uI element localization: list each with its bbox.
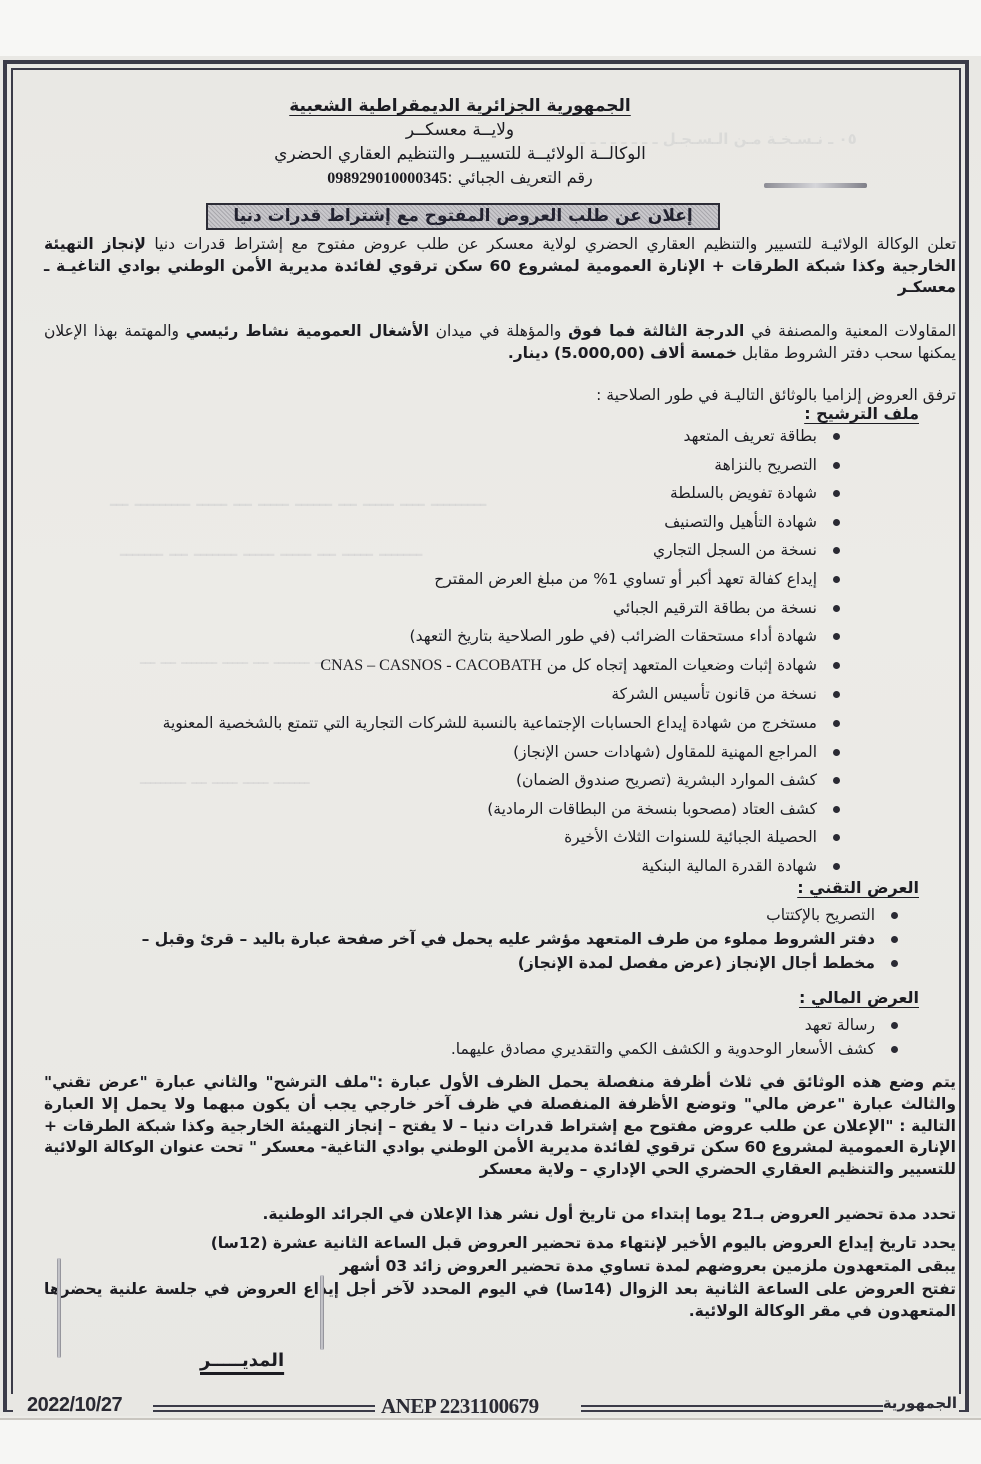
wilaya-heading: ولايــة معسكــر [180, 120, 740, 140]
footer-rule [581, 1405, 883, 1412]
tax-id-line: رقم التعريف الجبائي :098929010000345 [180, 168, 740, 188]
newspaper-name: الجمهورية [883, 1394, 957, 1412]
agency-heading: الوكالــة الولائيــة للتسييــر والتنظيم … [180, 144, 740, 164]
financial-offer-title: العرض المالي : [799, 988, 919, 1007]
staple-mark [764, 183, 867, 188]
list-item: مستخرج من شهادة إيداع الحسابات الإجتماعي… [163, 709, 843, 738]
frame-corner [959, 1388, 969, 1412]
tax-id-value: 098929010000345 [327, 170, 447, 187]
staple-mark [320, 1275, 324, 1350]
list-item: التصريح بالنزاهة [163, 451, 843, 480]
financial-offer-list: رسالة تعهد كشف الأسعار الوحدوية و الكشف … [451, 1013, 901, 1061]
frame-corner [3, 1388, 13, 1412]
list-item: نسخة من السجل التجاري [163, 536, 843, 565]
list-item: شهادة القدرة المالية البنكية [163, 852, 843, 881]
list-item: كشف العتاد (مصحوبا بنسخة من البطاقات الر… [163, 795, 843, 824]
candidature-title: ملف الترشيح : [804, 404, 919, 423]
list-item: شهادة أداء مستحقات الضرائب (في طور الصلا… [163, 622, 843, 651]
list-item: الحصيلة الجبائية للسنوات الثلاث الأخيرة [163, 823, 843, 852]
list-item: شهادة التأهيل والتصنيف [163, 508, 843, 537]
offer-validity: يبقى المتعهدون ملزمين بعروضهم لمدة تساوي… [44, 1256, 956, 1278]
candidature-list: بطاقة تعريف المتعهد التصريح بالنزاهة شها… [163, 422, 843, 881]
list-item-text: شهادة إثبات وضعيات المتعهد إتجاه كل من [547, 656, 817, 674]
specs-price: خمسة ألاف (5.000,00) دينار. [508, 344, 737, 362]
anep-reference: ANEP 2231100679 [381, 1394, 539, 1419]
list-item: نسخة من قانون تأسيس الشركة [163, 680, 843, 709]
list-item: شهادة تفويض بالسلطة [163, 479, 843, 508]
tax-id-label: رقم التعريف الجبائي : [447, 168, 593, 187]
envelopes-paragraph: يتم وضع هذه الوثائق في ثلاث أظرفة منفصلة… [44, 1072, 956, 1181]
director-signature: المديـــــر [200, 1350, 284, 1371]
list-item: نسخة من بطاقة الترقيم الجبائي [163, 594, 843, 623]
list-item: دفتر الشروط مملوء من طرف المتعهد مؤشر عل… [142, 927, 901, 951]
opening-session: تفتح العروض على الساعة الثانية بعد الزوا… [44, 1279, 956, 1322]
intro-paragraph: تعلن الوكالة الولائيـة للتسيير والتنظيم … [44, 234, 956, 299]
list-item: مخطط أجال الإنجاز (عرض مفصل لمدة الإنجاز… [142, 951, 901, 975]
eligibility-activity: الأشغال العمومية نشاط رئيسي [186, 322, 429, 340]
footer-rule [153, 1405, 375, 1412]
list-item: التصريح بالإكتتاب [142, 903, 901, 927]
technical-offer-list: التصريح بالإكتتاب دفتر الشروط مملوء من ط… [142, 903, 901, 975]
eligibility-text: المقاولات المعنية والمصنفة في [744, 322, 956, 340]
republic-heading: الجمهورية الجزائرية الديمقراطية الشعبية [180, 96, 740, 116]
intro-text: تعلن الوكالة الولائيـة للتسيير والتنظيم … [146, 235, 956, 253]
social-bodies: CNAS – CASNOS - CACOBATH [320, 657, 541, 674]
notice-title-banner: إعلان عن طلب العروض المفتوح مع إشتراط قد… [206, 203, 720, 230]
publication-date: 2022/10/27 [27, 1394, 122, 1417]
eligibility-text: والمؤهلة في ميدان [429, 322, 568, 340]
list-item: بطاقة تعريف المتعهد [163, 422, 843, 451]
scan-top-margin [0, 0, 981, 56]
list-item: كشف الموارد البشرية (تصريح صندوق الضمان) [163, 766, 843, 795]
technical-offer-title: العرض التقني : [797, 878, 919, 897]
scan-bottom-margin [0, 1418, 981, 1464]
list-item: شهادة إثبات وضعيات المتعهد إتجاه كل من C… [163, 651, 843, 681]
eligibility-paragraph: المقاولات المعنية والمصنفة في الدرجة الث… [44, 321, 956, 364]
list-item: كشف الأسعار الوحدوية و الكشف الكمي والتق… [451, 1037, 901, 1061]
eligibility-grade: الدرجة الثالثة فما فوق [568, 322, 744, 340]
preparation-duration: تحدد مدة تحضير العروض بـ21 يوما إبتداء م… [44, 1204, 956, 1226]
staple-mark [57, 1258, 61, 1358]
list-item: إيداع كفالة تعهد أكبر أو تساوي 1% من مبل… [163, 565, 843, 594]
list-item: رسالة تعهد [451, 1013, 901, 1037]
list-item: المراجع المهنية للمقاول (شهادات حسن الإن… [163, 738, 843, 767]
deposit-deadline: يحدد تاريخ إيداع العروض باليوم الأخير لإ… [44, 1233, 956, 1255]
